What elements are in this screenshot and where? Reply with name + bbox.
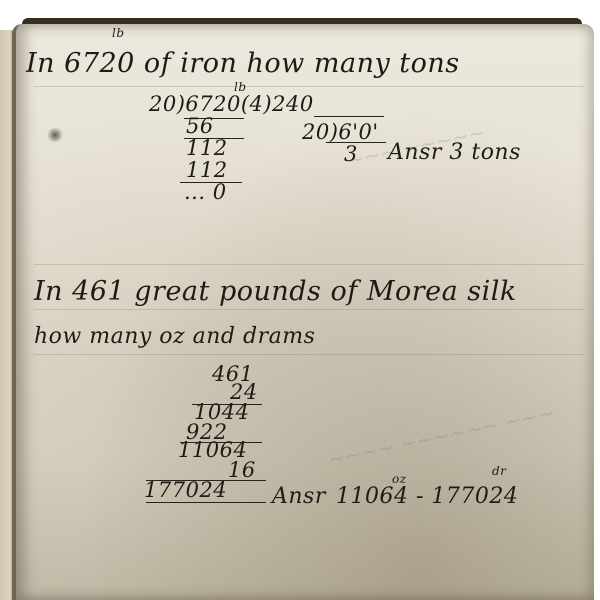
unit-label-lb: lb	[112, 26, 125, 40]
answer-prefix: Ansr	[272, 484, 326, 509]
division-work-row: 20)6720(4)240	[149, 92, 314, 116]
answer-text: Ansr 3 tons	[388, 140, 521, 165]
bleed-through-text: ~~~~ ~~~~~~ ~~~	[326, 400, 557, 471]
division-work-row: 112	[186, 158, 228, 182]
division-work-row: ... 0	[184, 180, 227, 204]
division-work-row: 3	[344, 142, 358, 166]
multiplication-work-row: 16	[228, 458, 256, 482]
division-work-row: 56	[186, 114, 214, 138]
page-rule	[34, 309, 584, 310]
underline	[314, 116, 384, 117]
unit-label-dr: dr	[492, 464, 506, 478]
division-work-row: 112	[186, 136, 228, 160]
question-text: In 6720 of iron how many tons	[26, 48, 460, 79]
division-work-row: 20)6'0'	[302, 120, 379, 144]
multiplication-work-row: 177024	[144, 478, 227, 502]
page-rule	[34, 264, 584, 265]
question-text: In 461 great pounds of Morea silk	[34, 276, 517, 307]
ink-smudge	[46, 128, 64, 142]
answer-value: 11064 - 177024	[336, 484, 518, 509]
question-text: how many oz and drams	[34, 324, 315, 349]
page-rule	[34, 86, 584, 87]
underline	[146, 502, 266, 503]
notebook-page: ~~~ ~~~~~ ~~~~ ~~~~~~ ~~~ lb In 6720 of …	[12, 24, 594, 600]
page-rule	[34, 354, 584, 355]
